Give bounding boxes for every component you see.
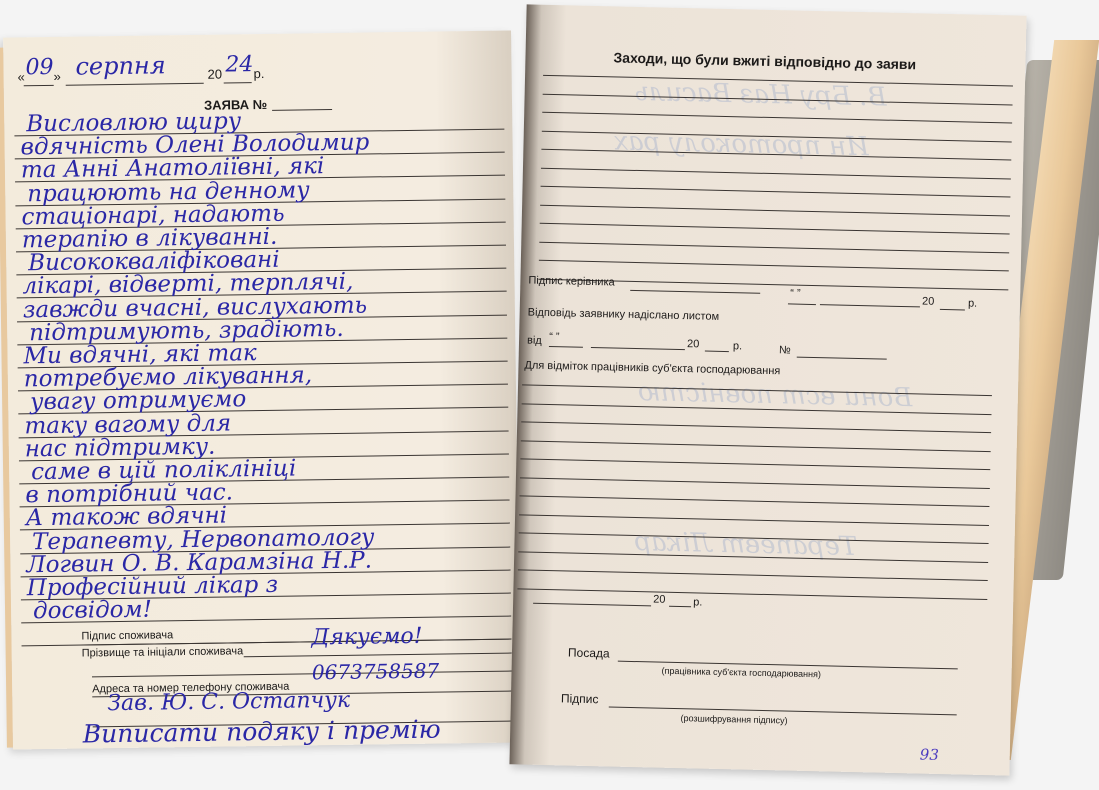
- page-number: 93: [920, 746, 939, 764]
- reply-number-sign: №: [779, 344, 791, 356]
- date-day: 09: [25, 55, 53, 80]
- manager-year-prefix: 20: [922, 295, 935, 307]
- notes-lines: [527, 4, 1027, 15]
- manager-signature-label: Підпис керівника: [528, 275, 615, 289]
- signature-label: Підпис: [561, 691, 599, 706]
- measures-title: Заходи, що були вжиті відповідно до заяв…: [613, 49, 916, 72]
- reply-year-unit: р.: [733, 340, 742, 352]
- reply-year-prefix: 20: [687, 338, 700, 350]
- consumer-name-value: Дякуємо!: [311, 624, 422, 651]
- manager-year-unit: р.: [968, 298, 977, 310]
- date-year-prefix: 20: [207, 67, 222, 82]
- consumer-signature-label: Підпис споживача: [81, 629, 173, 642]
- reply-label: Відповідь заявнику надіслано листом: [528, 307, 720, 323]
- left-page-complaint-form: « 09 » серпня 20 24 р. ЗАЯВА № Висловлюю…: [3, 30, 521, 749]
- handwritten-line: досвідом!: [33, 597, 152, 625]
- resolution-line-2: Виписати подяку і премію: [83, 715, 441, 749]
- reply-from-label: від: [527, 335, 542, 347]
- resolution-line-1: Зав. Ю. С. Остапчук: [107, 688, 350, 716]
- notes-label: Для відміток працівників суб'єкта господ…: [524, 359, 780, 377]
- position-label: Посада: [568, 646, 610, 661]
- right-page-measures-form: В. Бру Наз Василь Ин протоколу рах Вони …: [509, 4, 1026, 775]
- handwritten-lines: Висловлюю щирувдячність Олені Володимирт…: [3, 30, 511, 37]
- consumer-name-label: Прізвище та ініціали споживача: [82, 645, 244, 659]
- date-year-unit: р.: [253, 66, 264, 81]
- date-open-quote: «: [17, 69, 24, 84]
- handwritten-line: Професійний лікар з: [27, 572, 279, 602]
- notes-year-prefix: 20: [653, 593, 666, 605]
- manager-date-quotes: “ ”: [790, 287, 801, 299]
- date-close-quote: »: [53, 69, 60, 84]
- notes-year-unit: р.: [693, 596, 702, 608]
- signature-caption: (розшифрування підпису): [680, 713, 787, 725]
- date-month: серпня: [75, 51, 166, 80]
- measures-lines: [527, 4, 1027, 15]
- reply-date-quotes: “ ”: [549, 331, 560, 343]
- date-year-suffix: 24: [225, 52, 253, 77]
- consumer-phone-value: 0673758587: [312, 659, 440, 685]
- position-caption: (працівника суб'єкта господарювання): [661, 666, 821, 680]
